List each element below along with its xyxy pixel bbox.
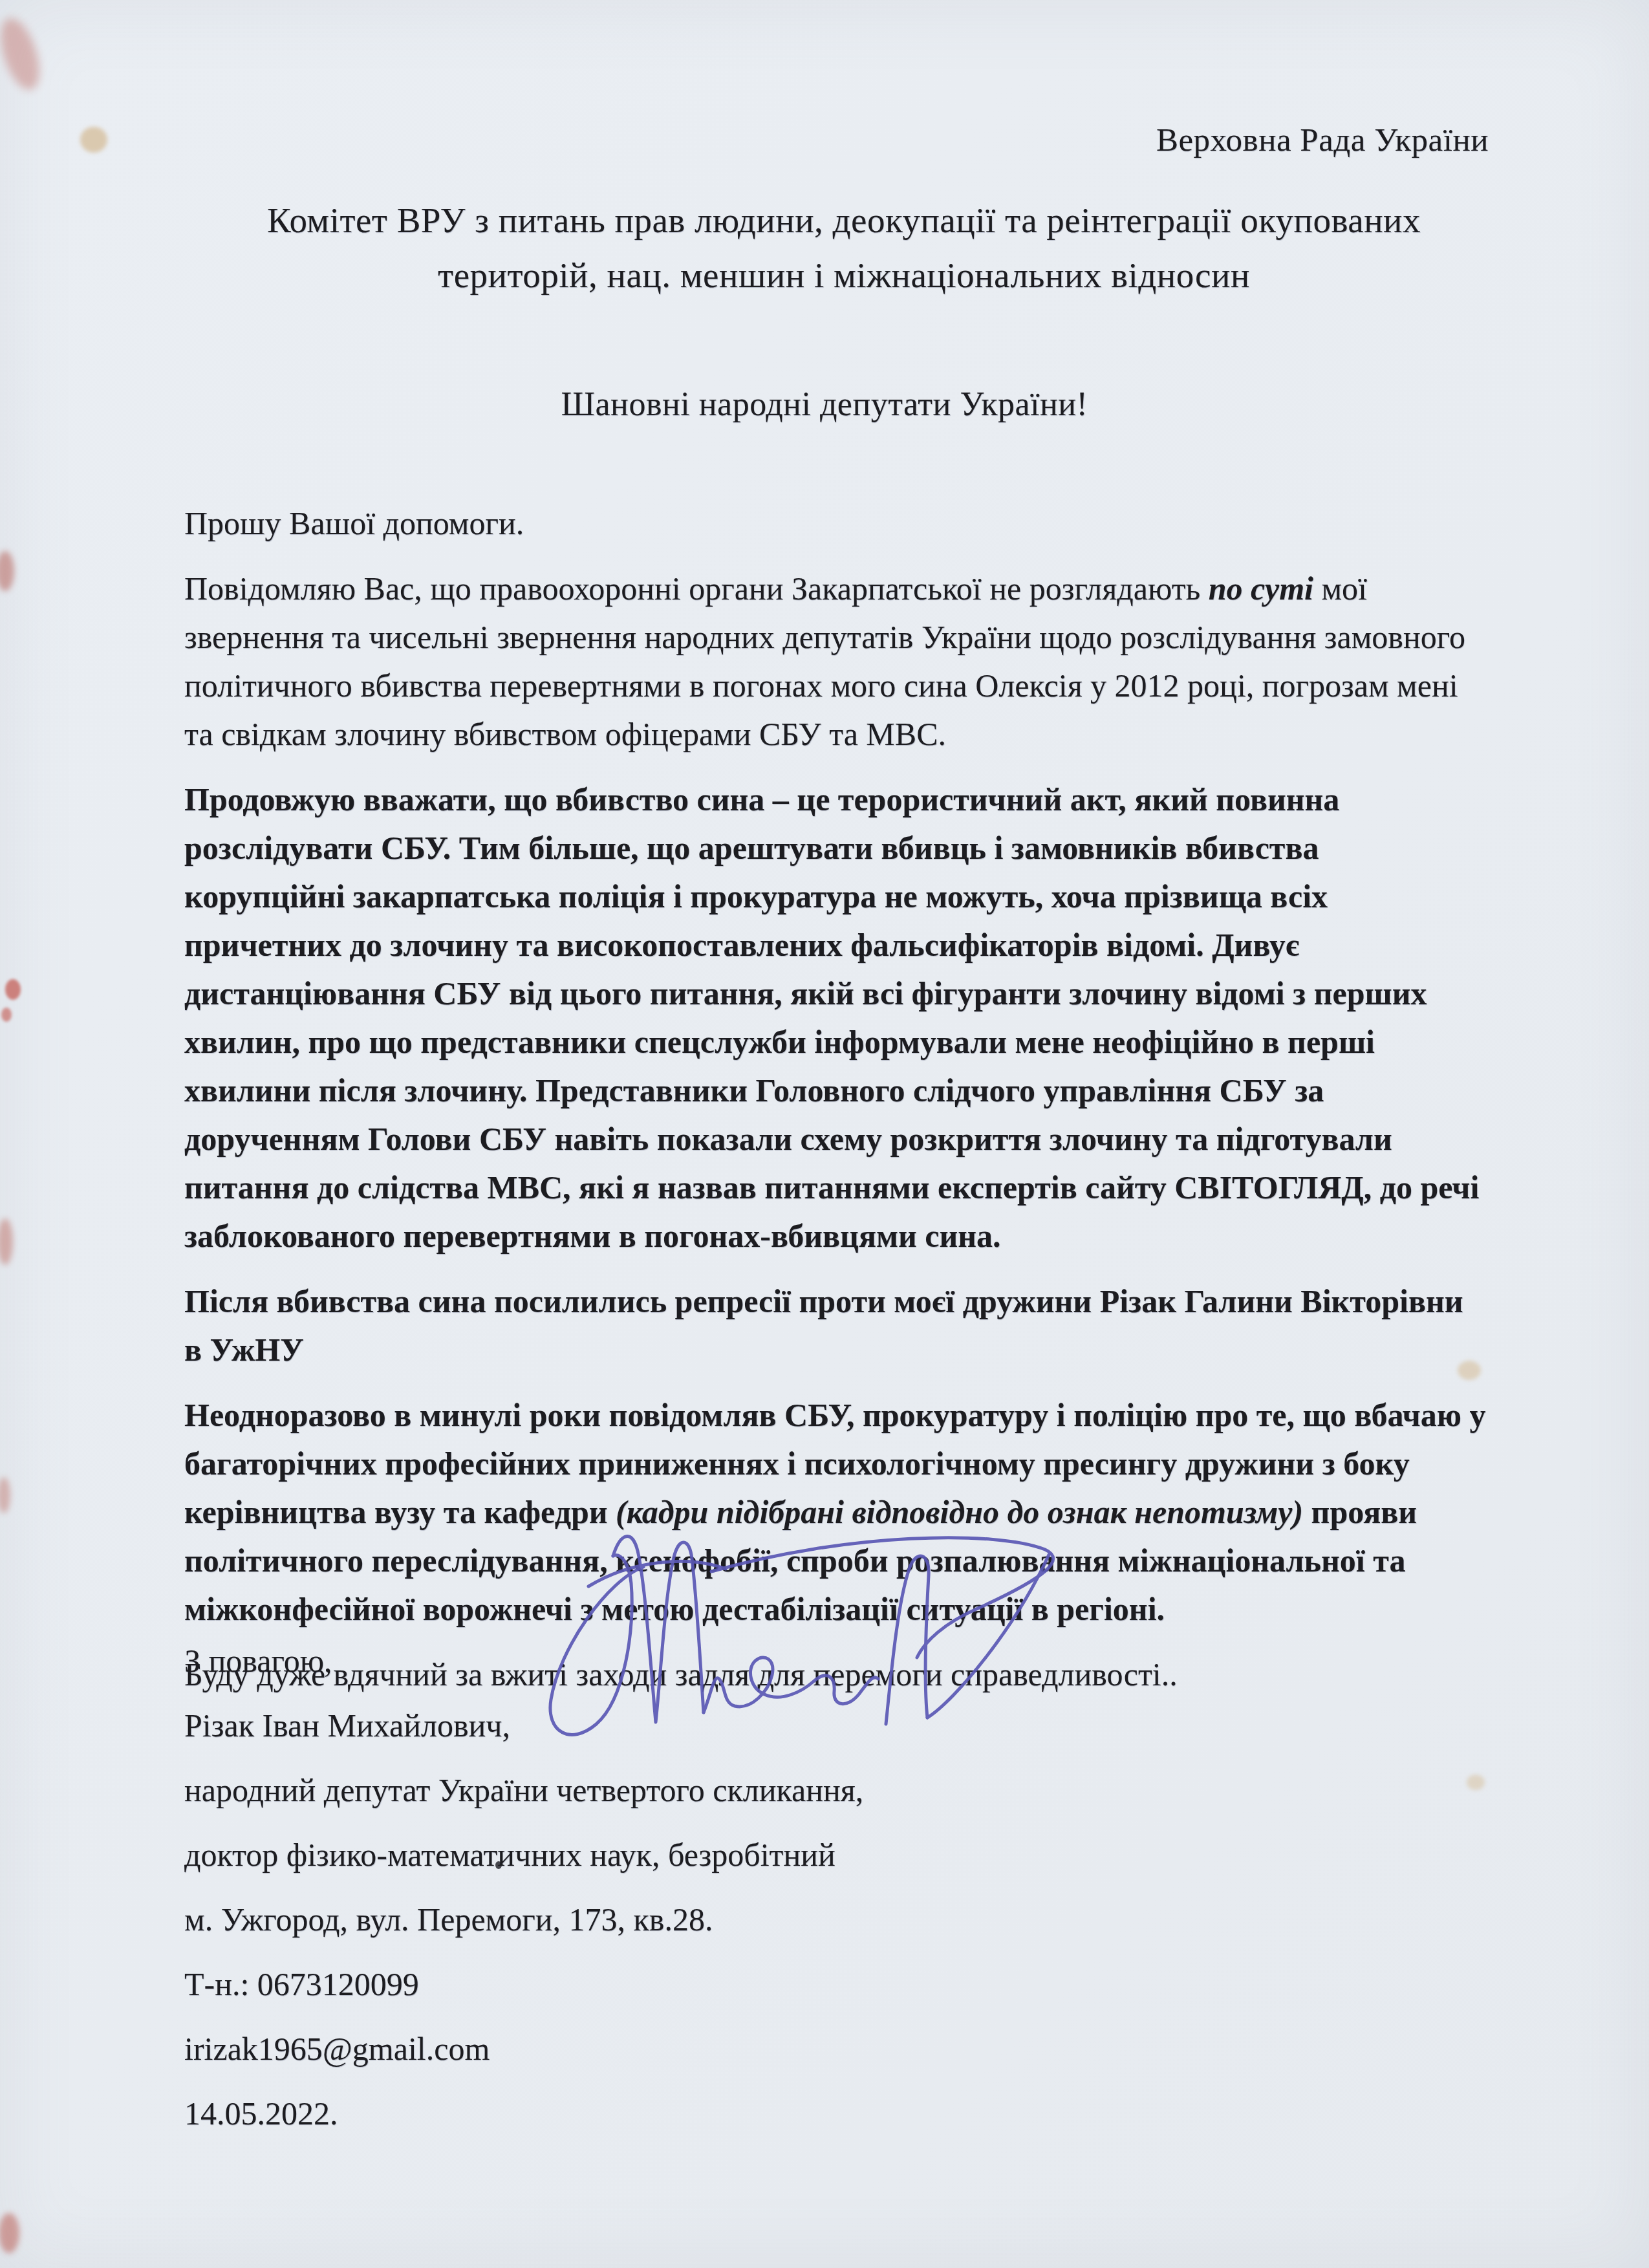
paragraph-inform: Повідомляю Вас, що правоохоронні органи …	[184, 565, 1487, 759]
inform-pre: Повідомляю Вас, що правоохоронні органи …	[184, 570, 1209, 607]
closing-phone: Т-н.: 0673120099	[184, 1967, 1090, 2001]
paragraph-request: Прошу Вашої допомоги.	[184, 499, 1487, 548]
salutation: Шановні народні депутати України!	[194, 385, 1455, 424]
paper-stain	[1467, 1775, 1485, 1790]
paper-stain	[0, 2213, 19, 2253]
closing-block: З повагою, Різак Іван Михайлович, народн…	[184, 1644, 1090, 2161]
paper-stain	[0, 1218, 13, 1265]
letter-body: Прошу Вашої допомоги. Повідомляю Вас, що…	[184, 499, 1487, 1716]
paper-stain	[1, 1008, 12, 1022]
closing-title-2: доктор фізико-математичних наук, безробі…	[184, 1838, 1090, 1872]
paragraph-repressions: Після вбивства сина посилились репресії …	[184, 1277, 1487, 1374]
paper-stain	[80, 127, 107, 153]
inform-emphasis: по суті	[1209, 570, 1313, 607]
paragraph-reported: Неодноразово в минулі роки повідомляв СБ…	[184, 1391, 1487, 1634]
reported-emphasis: (кадри підібрані відповідно до ознак неп…	[616, 1494, 1303, 1530]
closing-date: 14.05.2022.	[184, 2097, 1090, 2130]
closing-title-1: народний депутат України четвертого скли…	[184, 1773, 1090, 1807]
paper-stain	[0, 14, 47, 94]
recipient-organization: Верховна Рада України	[1156, 122, 1489, 159]
closing-address: м. Ужгород, вул. Перемоги, 173, кв.28.	[184, 1903, 1090, 1936]
paper-stain	[5, 979, 21, 1000]
letter-page: Верховна Рада України Комітет ВРУ з пита…	[0, 0, 1649, 2268]
recipient-committee: Комітет ВРУ з питань прав людини, деокуп…	[194, 193, 1494, 303]
closing-regards: З повагою,	[184, 1644, 1090, 1678]
paragraph-continue: Продовжую вважати, що вбивство сина – це…	[184, 775, 1487, 1260]
paper-stain	[0, 551, 14, 591]
closing-email: irizak1965@gmail.com	[184, 2032, 1090, 2066]
paper-stain	[0, 1477, 10, 1513]
closing-name: Різак Іван Михайлович,	[184, 1709, 1090, 1742]
